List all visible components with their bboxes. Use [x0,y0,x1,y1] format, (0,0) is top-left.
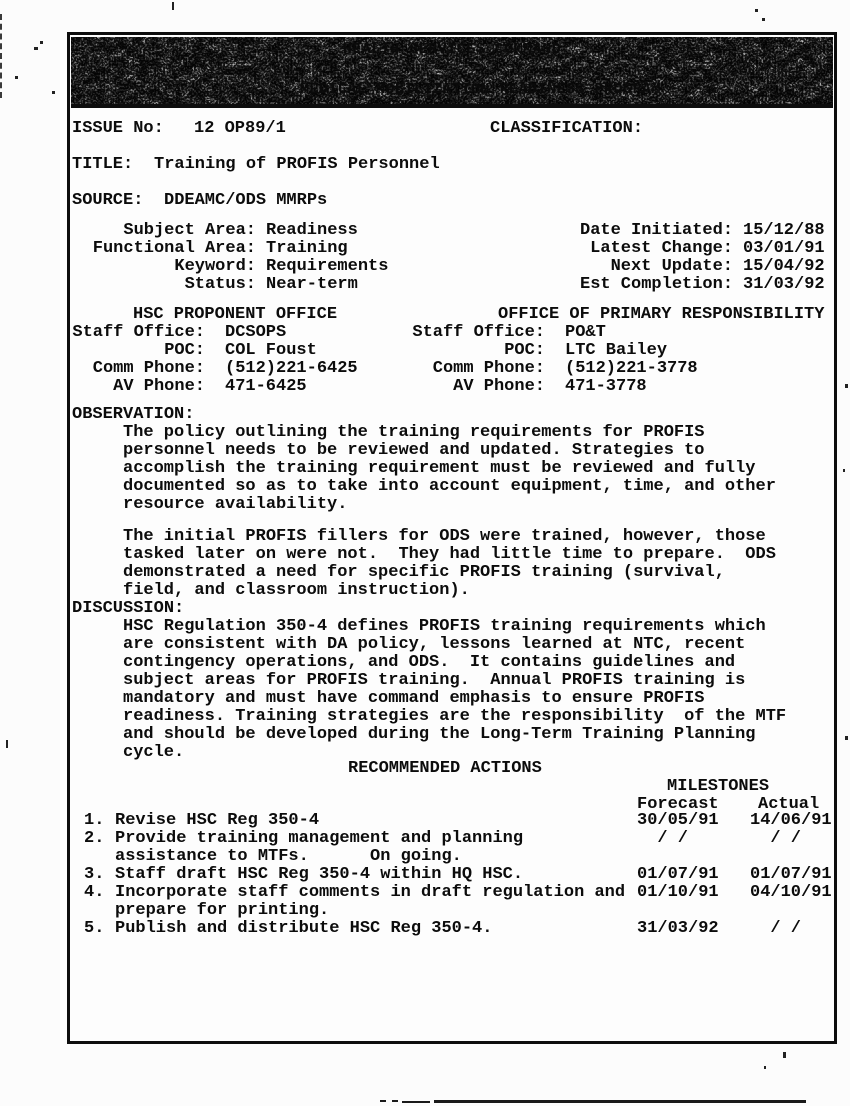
office-row: POC: COL Foust POC: LTC Bailey [0,342,850,360]
source-value: DDEAMC/ODS MMRPs [164,192,327,210]
action-text: Incorporate staff comments in draft regu… [115,884,625,902]
office-label: AV Phone: [72,378,205,396]
meta-label: Date Initiated: [580,222,733,240]
office-label: Comm Phone: [412,360,545,378]
observation-line: The policy outlining the training requir… [123,424,705,442]
observation-heading: OBSERVATION: [72,406,194,424]
banner-line-1: HEALTH SERVICES COMMAND [343,41,562,58]
action-forecast-date: 01/10/91 [637,884,719,902]
recommended-actions-heading: RECOMMENDED ACTIONS [348,760,542,778]
scan-speck [764,1066,766,1069]
office-value: 471-3778 [565,378,647,396]
meta-label: Subject Area: [72,222,256,240]
meta-label: Functional Area: [72,240,256,258]
source-label: SOURCE: [72,192,143,210]
discussion-line: are consistent with DA policy, lessons l… [123,636,745,654]
meta-label: Latest Change: [580,240,733,258]
observation-line: accomplish the training requirement must… [123,460,756,478]
banner-line-2: MEDICAL MOBILIZATION READINESS PROGRAM [300,81,661,98]
action-text: Publish and distribute HSC Reg 350-4. [115,920,492,938]
scan-speck [755,9,758,12]
scan-speck [843,469,845,472]
action-actual-date: 14/06/91 [750,812,832,830]
office-label: POC: [412,342,545,360]
discussion-line: readiness. Training strategies are the r… [123,708,786,726]
observation-line: resource availability. [123,496,347,514]
action-row: 2. Provide training management and plann… [0,830,850,848]
form-header-banner: HEALTH SERVICES COMMAND MEDICAL MOBILIZA… [71,37,833,108]
observation-line: personnel needs to be reviewed and updat… [123,442,705,460]
action-row: 4. Incorporate staff comments in draft r… [0,884,850,902]
discussion-heading: DISCUSSION: [72,600,184,618]
meta-value: 31/03/92 [743,276,825,294]
proponent-office-heading: HSC PROPONENT OFFICE [133,306,337,324]
office-value: 471-6425 [225,378,307,396]
office-value: PO&T [565,324,606,342]
meta-label: Next Update: [580,258,733,276]
office-value: LTC Bailey [565,342,667,360]
title-value: Training of PROFIS Personnel [154,156,440,174]
action-number: 1. [84,812,104,830]
discussion-line: subject areas for PROFIS training. Annua… [123,672,745,690]
meta-row: Status: Near-term Est Completion: 31/03/… [0,276,850,294]
banner-title-block: HEALTH SERVICES COMMAND MEDICAL MOBILIZA… [71,40,833,108]
action-forecast-date: 01/07/91 [637,866,719,884]
primary-responsibility-heading: OFFICE OF PRIMARY RESPONSIBILITY [498,306,824,324]
meta-row: Keyword: Requirements Next Update: 15/04… [0,258,850,276]
meta-label: Est Completion: [580,276,733,294]
scan-speck [172,2,174,10]
action-text-continued: prepare for printing. [115,902,329,920]
title-label: TITLE: [72,156,133,174]
scan-speck [845,736,848,740]
office-row: Comm Phone: (512)221-6425 Comm Phone: (5… [0,360,850,378]
office-label: Staff Office: [72,324,205,342]
meta-label: Status: [72,276,256,294]
bottom-scan-line [392,1100,398,1102]
discussion-line: contingency operations, and ODS. It cont… [123,654,735,672]
office-value: (512)221-6425 [225,360,358,378]
meta-row: Subject Area: Readiness Date Initiated: … [0,222,850,240]
discussion-line: and should be developed during the Long-… [123,726,756,744]
meta-value: 15/04/92 [743,258,825,276]
office-headings-row: HSC PROPONENT OFFICE OFFICE OF PRIMARY R… [0,306,850,324]
office-row: AV Phone: 471-6425 AV Phone: 471-3778 [0,378,850,396]
action-text: Revise HSC Reg 350-4 [115,812,319,830]
action-number: 5. [84,920,104,938]
office-row: Staff Office: DCSOPS Staff Office: PO&T [0,324,850,342]
action-number: 2. [84,830,104,848]
meta-value: Training [266,240,348,258]
discussion-line: mandatory and must have command emphasis… [123,690,705,708]
bottom-scan-line [434,1100,806,1103]
action-row: 5. Publish and distribute HSC Reg 350-4.… [0,920,850,938]
scan-speck [6,740,8,748]
office-label: Comm Phone: [72,360,205,378]
scan-speck [15,76,18,79]
meta-value: 15/12/88 [743,222,825,240]
observation-line: documented so as to take into account eq… [123,478,776,496]
issue-number-label: ISSUE No: [72,120,164,138]
scan-speck [52,91,55,94]
action-text: Staff draft HSC Reg 350-4 within HQ HSC. [115,866,523,884]
action-text-continued: assistance to MTFs. On going. [115,848,462,866]
office-value: (512)221-3778 [565,360,698,378]
action-actual-date: / / [750,920,801,938]
classification-label: CLASSIFICATION: [490,120,643,138]
observation-line: The initial PROFIS fillers for ODS were … [123,528,766,546]
scan-speck [34,47,38,50]
action-forecast-date: 31/03/92 [637,920,719,938]
issue-row: ISSUE No: 12 OP89/1 CLASSIFICATION: [0,120,850,138]
office-label: POC: [72,342,205,360]
action-actual-date: / / [750,830,801,848]
office-label: AV Phone: [412,378,545,396]
observation-line: tasked later on were not. They had littl… [123,546,776,564]
bottom-scan-line [402,1101,430,1103]
action-forecast-date: 30/05/91 [637,812,719,830]
scan-left-margin-dash [0,14,2,98]
action-row: 3. Staff draft HSC Reg 350-4 within HQ H… [0,866,850,884]
meta-value: Requirements [266,258,388,276]
office-label: Staff Office: [412,324,545,342]
action-actual-date: 01/07/91 [750,866,832,884]
action-number: 4. [84,884,104,902]
bottom-scan-line [380,1100,386,1102]
office-value: COL Foust [225,342,317,360]
milestones-heading: MILESTONES [667,778,769,796]
action-actual-date: 04/10/91 [750,884,832,902]
meta-value: Readiness [266,222,358,240]
action-number: 3. [84,866,104,884]
issue-number-value: 12 OP89/1 [194,120,286,138]
action-text: Provide training management and planning [115,830,523,848]
action-forecast-date: / / [637,830,688,848]
scan-speck [783,1052,786,1058]
meta-row: Functional Area: Training Latest Change:… [0,240,850,258]
observation-line: field, and classroom instruction). [123,582,470,600]
meta-value: Near-term [266,276,358,294]
meta-label: Keyword: [72,258,256,276]
discussion-line: cycle. [123,744,184,762]
document-page: HEALTH SERVICES COMMAND MEDICAL MOBILIZA… [0,0,850,1106]
source-row: SOURCE: DDEAMC/ODS MMRPs [0,192,850,210]
action-row: 1. Revise HSC Reg 350-4 30/05/91 14/06/9… [0,812,850,830]
meta-value: 03/01/91 [743,240,825,258]
observation-line: demonstrated a need for specific PROFIS … [123,564,725,582]
scan-speck [40,41,43,44]
title-row: TITLE: Training of PROFIS Personnel [0,156,850,174]
scan-speck [762,18,765,21]
discussion-line: HSC Regulation 350-4 defines PROFIS trai… [123,618,766,636]
office-value: DCSOPS [225,324,286,342]
